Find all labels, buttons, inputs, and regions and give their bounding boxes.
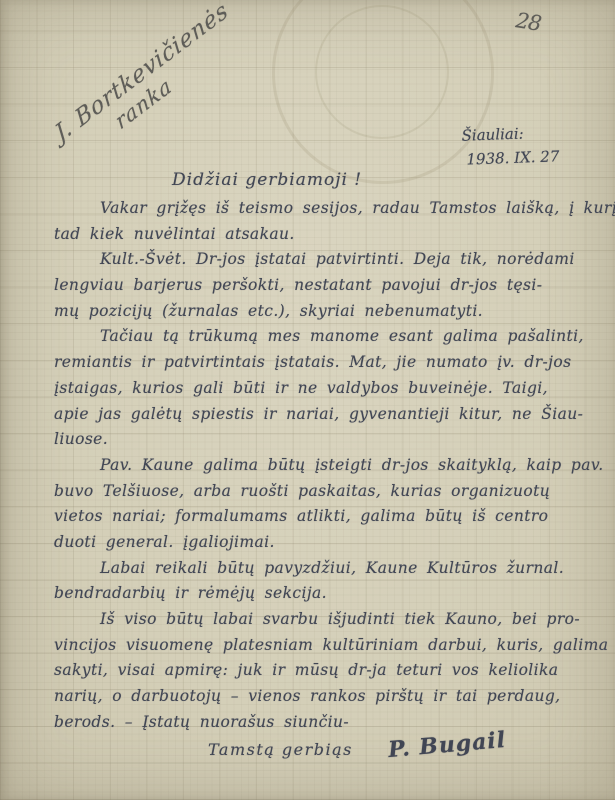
letter-body: Vakar grįžęs iš teismo sesijos, radau Ta…	[54, 196, 606, 735]
embossed-stamp-inner-ring	[315, 5, 449, 139]
body-line: liuose.	[54, 427, 606, 453]
body-line: lengviau barjerus peršokti, nestatant pa…	[54, 273, 606, 299]
embossed-stamp	[272, 0, 494, 184]
pencil-annotation: J. Bortkevičienės ranka	[24, 0, 272, 192]
body-line: Pav. Kaune galima būtų įsteigti dr-jos s…	[54, 453, 606, 479]
body-line: vietos nariai; formalumams atlikti, gali…	[54, 504, 606, 530]
body-line: duoti general. įgaliojimai.	[54, 530, 606, 556]
body-line: sakyti, visai apmirę: juk ir mūsų dr-ja …	[54, 658, 606, 684]
body-line: Iš viso būtų labai svarbu išjudinti tiek…	[54, 607, 606, 633]
body-line: buvo Telšiuose, arba ruošti paskaitas, k…	[54, 479, 606, 505]
body-line: tad kiek nuvėlintai atsakau.	[54, 222, 606, 248]
body-line: Vakar grįžęs iš teismo sesijos, radau Ta…	[54, 196, 606, 222]
body-line: bendradarbių ir rėmėjų sekcija.	[54, 581, 606, 607]
body-line: įstaigas, kurios gali būti ir ne valdybo…	[54, 376, 606, 402]
closing-row: Tamstą gerbiąs P. Bugail	[0, 738, 615, 788]
salutation: Didžiai gerbiamoji !	[172, 170, 362, 190]
place-line: Šiauliai:	[461, 120, 559, 147]
closing-phrase: Tamstą gerbiąs	[208, 740, 353, 759]
body-line: berods. – Įstatų nuorašus siunčiu-	[54, 710, 606, 736]
body-line: Labai reikali būtų pavyzdžiui, Kaune Kul…	[54, 556, 606, 582]
date-line: 1938. IX. 27	[462, 144, 560, 171]
body-line: remiantis ir patvirtintais įstatais. Mat…	[54, 350, 606, 376]
body-line: Kult.-Švėt. Dr-jos įstatai patvirtinti. …	[54, 247, 606, 273]
letter-page: 28 J. Bortkevičienės ranka Šiauliai: 193…	[0, 0, 615, 800]
body-line: narių, o darbuotojų – vienos rankos pirš…	[54, 684, 606, 710]
page-number: 28	[514, 8, 542, 36]
pencil-annotation-line1: J. Bortkevičienės	[24, 0, 260, 168]
body-line: apie jas galėtų spiestis ir nariai, gyve…	[54, 402, 606, 428]
date-block: Šiauliai: 1938. IX. 27	[461, 120, 560, 171]
body-line: vincijos visuomenę platesniam kultūrinia…	[54, 633, 606, 659]
body-line: mų pozicijų (žurnalas etc.), skyriai neb…	[54, 299, 606, 325]
body-line: Tačiau tą trūkumą mes manome esant galim…	[54, 324, 606, 350]
